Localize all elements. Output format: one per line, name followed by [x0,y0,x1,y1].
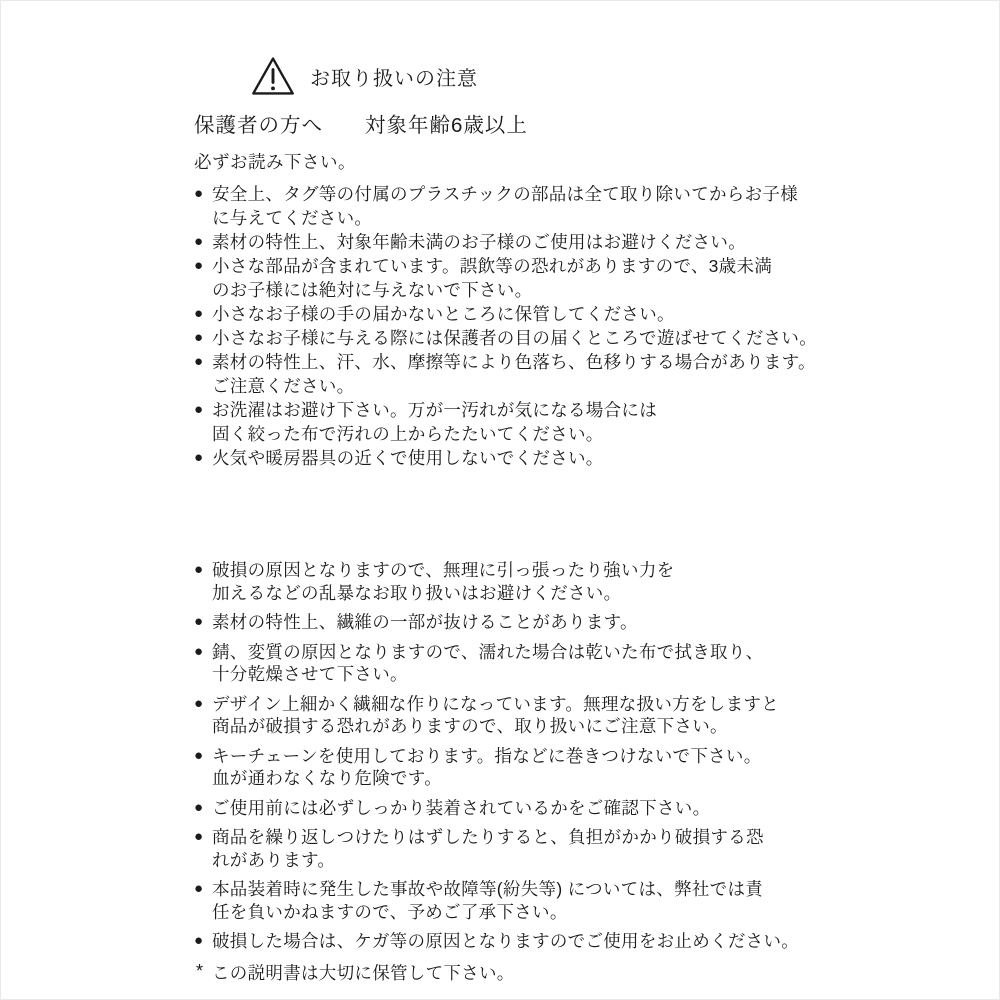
item-text: ご使用前には必ずしっかり装着されているかをご確認下さい。 [212,798,710,818]
item-text: 火気や暖房器具の近くで使用しないでください。 [212,448,604,468]
item-text: 破損の原因となりますので、無理に引っ張ったり強い力を加えるなどの乱暴なお取り扱い… [212,560,674,603]
bullet-marker: ● [194,745,203,768]
bullet-marker: ● [194,878,203,901]
item-text: 小さな部品が含まれています。誤飲等の恐れがありますので、3歳未満のお子様には絶対… [212,256,772,300]
footnote-marker: * [196,961,203,982]
list-item: ●破損の原因となりますので、無理に引っ張ったり強い力を加えるなどの乱暴なお取り扱… [194,559,834,604]
bullet-marker: ● [194,302,203,326]
document-title: お取り扱いの注意 [310,62,478,91]
bullet-marker: ● [194,326,203,350]
item-text: デザイン上細かく繊細な作りになっています。無理な扱い方をしますと商品が破損する恐… [212,694,779,737]
item-text: キーチェーンを使用しております。指などに巻きつけないで下さい。血が通わなくなり危… [212,746,762,789]
audience-heading: 保護者の方へ対象年齢6歳以上 [194,108,834,138]
footnote-text: この説明書は大切に保管して下さい。 [212,963,515,983]
footnote: * この説明書は大切に保管して下さい。 [194,960,834,985]
warning-triangle-icon [251,55,295,97]
item-text: 破損した場合は、ケガ等の原因となりますのでご使用をお止めください。 [212,931,799,951]
bullet-marker: ● [194,797,203,820]
list-item: ●安全上、タグ等の付属のプラスチックの部品は全て取り除いてからお子様に与えてくだ… [194,182,834,230]
item-text: 本品装着時に発生した事故や故障等(紛失等) については、弊社では責任を負いかねま… [212,879,763,922]
list-item: ●素材の特性上、汗、水、摩擦等により色落ち、色移りする場合があります。ご注意くだ… [194,350,834,398]
bullet-marker: ● [194,826,203,849]
target-age-label: 対象年齢6歳以上 [365,114,528,137]
list-item: ●本品装着時に発生した事故や故障等(紛失等) については、弊社では責任を負いかね… [194,878,834,923]
item-text: 錆、変質の原因となりますので、濡れた場合は乾いた布で拭き取り、十分乾燥させて下さ… [212,642,763,685]
list-item: ●デザイン上細かく繊細な作りになっています。無理な扱い方をしますと商品が破損する… [194,693,834,738]
item-text: 小さなお子様に与える際には保護者の目の届くところで遊ばせてください。 [212,328,817,348]
item-text: 小さなお子様の手の届かないところに保管してください。 [212,304,675,324]
bullet-marker: ● [194,559,203,582]
item-text: 商品を繰り返しつけたりはずしたりすると、負担がかかり破損する恐れがあります。 [212,827,764,870]
document-content: お取り扱いの注意 保護者の方へ対象年齢6歳以上 必ずお読み下さい。 ●安全上、タ… [194,53,834,985]
bullet-marker: ● [194,611,203,634]
document-page: お取り扱いの注意 保護者の方へ対象年齢6歳以上 必ずお読み下さい。 ●安全上、タ… [0,0,1000,1000]
list-item: ●素材の特性上、繊維の一部が抜けることがあります。 [194,611,834,634]
list-item: ●素材の特性上、対象年齢未満のお子様のご使用はお避けください。 [194,230,834,254]
title-row: お取り扱いの注意 [251,53,834,99]
bullet-marker: ● [194,182,203,206]
bullet-marker: ● [194,350,203,374]
list-item: ●小さなお子様に与える際には保護者の目の届くところで遊ばせてください。 [194,326,834,350]
bullet-marker: ● [194,230,203,254]
list-item: ●小さな部品が含まれています。誤飲等の恐れがありますので、3歳未満のお子様には絶… [194,254,834,302]
bullet-marker: ● [194,398,203,422]
list-item: ●錆、変質の原因となりますので、濡れた場合は乾いた布で拭き取り、十分乾燥させて下… [194,641,834,686]
must-read-note: 必ずお読み下さい。 [194,149,834,174]
list-item: ●火気や暖房器具の近くで使用しないでください。 [194,446,834,470]
item-text: 素材の特性上、汗、水、摩擦等により色落ち、色移りする場合があります。ご注意くださ… [212,352,816,396]
list-item: ●お洗濯はお避け下さい。万が一汚れが気になる場合には固く絞った布で汚れの上からた… [194,398,834,446]
bullet-marker: ● [194,693,203,716]
bullet-marker: ● [194,930,203,953]
list-item: ●キーチェーンを使用しております。指などに巻きつけないで下さい。血が通わなくなり… [194,745,834,790]
bullet-marker: ● [194,446,203,470]
list-item: ●商品を繰り返しつけたりはずしたりすると、負担がかかり破損する恐れがあります。 [194,826,834,871]
item-text: 素材の特性上、繊維の一部が抜けることがあります。 [212,612,638,632]
bullet-marker: ● [194,641,203,664]
precaution-list-general: ●安全上、タグ等の付属のプラスチックの部品は全て取り除いてからお子様に与えてくだ… [194,182,834,470]
item-text: 素材の特性上、対象年齢未満のお子様のご使用はお避けください。 [212,232,746,252]
bullet-marker: ● [194,254,203,278]
list-item: ●破損した場合は、ケガ等の原因となりますのでご使用をお止めください。 [194,930,834,953]
item-text: 安全上、タグ等の付属のプラスチックの部品は全て取り除いてからお子様に与えてくださ… [212,184,798,228]
audience-label: 保護者の方へ [194,114,323,137]
list-item: ●小さなお子様の手の届かないところに保管してください。 [194,302,834,326]
item-text: お洗濯はお避け下さい。万が一汚れが気になる場合には固く絞った布で汚れの上からたた… [212,400,657,444]
list-item: ●ご使用前には必ずしっかり装着されているかをご確認下さい。 [194,797,834,820]
precaution-list-product: ●破損の原因となりますので、無理に引っ張ったり強い力を加えるなどの乱暴なお取り扱… [194,559,834,953]
